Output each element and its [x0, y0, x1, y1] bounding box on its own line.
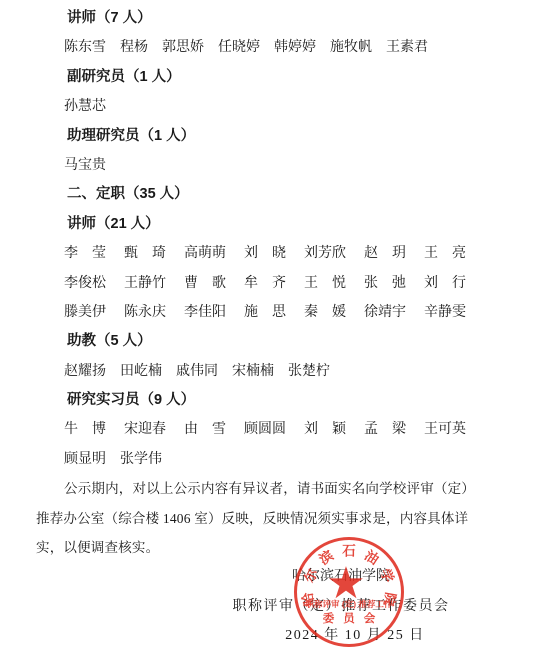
person-name: 甄 琦	[124, 239, 166, 268]
person-name: 刘 颖	[304, 415, 346, 444]
signature-org: 哈尔滨石油学院	[216, 562, 466, 591]
names-row: 李俊松王静竹曹 歌牟 齐王 悦张 弛刘 行	[36, 269, 466, 298]
person-name: 辛静雯	[424, 298, 466, 327]
person-name: 陈永庆	[124, 298, 166, 327]
signature-committee: 职称评审（定）推荐工作委员会	[216, 592, 466, 621]
person-name: 赵 玥	[364, 239, 406, 268]
person-name: 秦 媛	[304, 298, 346, 327]
role-heading-lecturer-7: 讲师（7 人）	[36, 4, 466, 33]
role-heading-assistant-researcher: 助理研究员（1 人）	[36, 122, 466, 151]
person-name: 王可英	[424, 415, 466, 444]
person-name: 王 悦	[304, 269, 346, 298]
person-name: 刘芳欣	[304, 239, 346, 268]
person-name: 王静竹	[124, 269, 166, 298]
person-name: 徐靖宇	[364, 298, 406, 327]
notice-paragraph-line: 公示期内，对以上公示内容有异议者，请书面实名向学校评审（定）	[36, 474, 466, 503]
notice-document: 讲师（7 人） 陈东雪 程杨 郭思娇 任晓婷 韩婷婷 施牧帆 王素君 副研究员（…	[36, 4, 466, 651]
person-name: 孟 梁	[364, 415, 406, 444]
person-name: 宋迎春	[124, 415, 166, 444]
person-name: 牛 博	[64, 415, 106, 444]
person-name: 牟 齐	[244, 269, 286, 298]
person-name: 由 雪	[184, 415, 226, 444]
names-row: 马宝贵	[36, 151, 466, 180]
person-name: 刘 晓	[244, 239, 286, 268]
role-heading-associate-researcher: 副研究员（1 人）	[36, 63, 466, 92]
role-heading-lecturer-21: 讲师（21 人）	[36, 210, 466, 239]
names-row: 滕美伊陈永庆李佳阳施 思秦 媛徐靖宇辛静雯	[36, 298, 466, 327]
names-row: 赵耀扬 田屹楠 戚伟同 宋楠楠 张楚柠	[36, 357, 466, 386]
names-row: 陈东雪 程杨 郭思娇 任晓婷 韩婷婷 施牧帆 王素君	[36, 33, 466, 62]
notice-paragraph-line: 实，以便调查核实。	[36, 533, 466, 562]
names-row: 孙慧芯	[36, 92, 466, 121]
role-heading-research-trainee: 研究实习员（9 人）	[36, 386, 466, 415]
person-name: 张 弛	[364, 269, 406, 298]
person-name: 施 思	[244, 298, 286, 327]
section-heading-dingzhi: 二、定职（35 人）	[36, 180, 466, 209]
person-name: 王 亮	[424, 239, 466, 268]
names-row: 牛 博宋迎春由 雪顾圆圆刘 颖孟 梁王可英	[36, 415, 466, 444]
signature-date: 2024 年 10 月 25 日	[230, 621, 480, 650]
person-name: 李 莹	[64, 239, 106, 268]
role-heading-teaching-assistant: 助教（5 人）	[36, 327, 466, 356]
names-row: 顾显明 张学伟	[36, 445, 466, 474]
person-name: 滕美伊	[64, 298, 106, 327]
person-name: 李佳阳	[184, 298, 226, 327]
person-name: 李俊松	[64, 269, 106, 298]
person-name: 刘 行	[424, 269, 466, 298]
person-name: 顾圆圆	[244, 415, 286, 444]
notice-paragraph-line: 推荐办公室（综合楼 1406 室）反映，反映情况须实事求是，内容具体详	[36, 504, 466, 533]
person-name: 曹 歌	[184, 269, 226, 298]
person-name: 高萌萌	[184, 239, 226, 268]
names-row: 李 莹甄 琦高萌萌刘 晓刘芳欣赵 玥王 亮	[36, 239, 466, 268]
